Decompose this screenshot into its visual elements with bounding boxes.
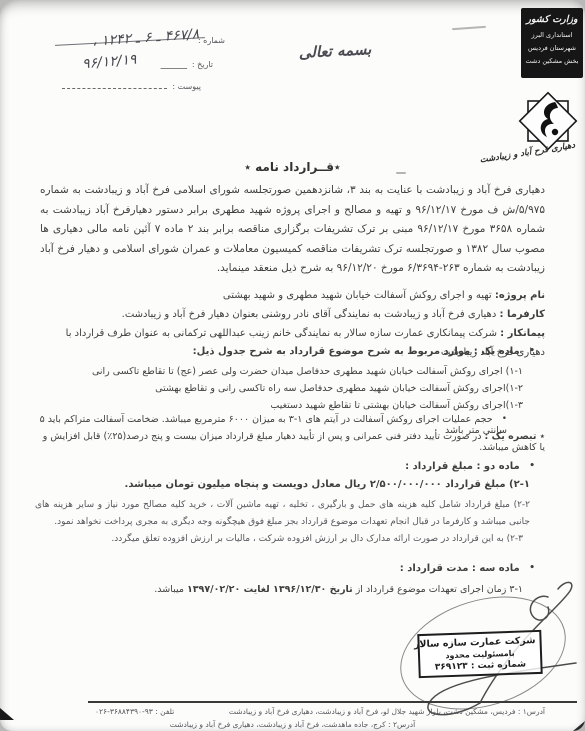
- page-corner-fold-right: [573, 721, 585, 731]
- article2-heading: ماده دو : مبلغ قرارداد :: [405, 461, 520, 472]
- attachment-label: پیوست :: [172, 82, 201, 91]
- article1-items: ۱-۱) اجرای روکش آسفالت خیابان شهید مطهری…: [43, 363, 523, 414]
- bullet-icon: •: [529, 346, 535, 356]
- bullet-icon: •: [502, 414, 507, 424]
- note1-label: ٭ تبصره یک :: [484, 431, 545, 442]
- registration-block: شماره : ۴۶۷/۸ ـ ۶ ـ ۱۲۴۲ ، تاریخ : ـــــ…: [35, 30, 225, 98]
- article1-heading-line: • ماده یک : موارد مربوط به شرح موضوع قرا…: [193, 346, 535, 357]
- article1-item-1: ۱-۱) اجرای روکش آسفالت خیابان شهید مطهری…: [43, 363, 523, 380]
- page-corner-fold-left: [0, 708, 14, 720]
- contractor-label: پیمانکار :: [500, 328, 545, 339]
- note1-text: در صورت تأیید دفتر فنی عمرانی و پس از تأ…: [43, 431, 545, 453]
- employer-text: دهیاری فرخ آباد و زیبادشت به نمایندگی آق…: [122, 309, 497, 320]
- ministry-stamp-line1: وزارت کشور: [524, 14, 580, 25]
- footer-phone: تلفن : ۹۳-۳۶۸۸۴۳۹۰-۰۲۶: [95, 705, 174, 718]
- contractor-stamp-line3: شماره ثبت : ۳۶۹۱۲۳: [424, 659, 536, 673]
- project-text: تهیه و اجرای روکش آسفالت خیابان شهید مطه…: [223, 290, 492, 301]
- article2-item3: ۲-۳) به این قرارداد در صورت ارائه مدارک …: [43, 531, 523, 548]
- employer-label: کارفرما :: [499, 309, 545, 320]
- article2-item2: ۲-۲) مبلغ قرارداد شامل کلیه هزینه های حم…: [35, 497, 530, 531]
- contractor-company-stamp: شرکت عمارت سازه سالار بامسئولیت محدود شم…: [417, 630, 542, 678]
- article3-item1-suffix: میباشد.: [154, 584, 184, 595]
- date-handwritten-value: ۹۶/۱۲/۱۹: [82, 52, 138, 73]
- article1-item-3: ۱-۳)اجرای روکش آسفالت خیابان بهشتی تا تق…: [43, 397, 523, 414]
- article3-heading: ماده سه : مدت قرارداد :: [400, 563, 520, 574]
- note1-line: ٭ تبصره یک : در صورت تأیید دفتر فنی عمرا…: [35, 431, 545, 453]
- article3-item1-dates: تاریخ ۱۳۹۶/۱۲/۳۰ لغایت ۱۳۹۷/۰۲/۲۰: [187, 584, 353, 595]
- footer-address1: آدرس۱ : فردیس، مشکین دشت، بلوار شهید جلا…: [229, 705, 545, 718]
- article2-heading-line: • ماده دو : مبلغ قرارداد :: [405, 461, 535, 472]
- scan-smudge: [452, 26, 486, 30]
- article1-item-2: ۱-۲)اجرای روکش آسفالت خیابان شهید مطهری …: [43, 380, 523, 397]
- contract-title: ٭قــرارداد نامه ٭: [0, 160, 585, 174]
- ministry-stamp: وزارت کشور استانداری البرز شهرستان فردیس…: [521, 8, 583, 78]
- article1-heading: ماده یک : موارد مربوط به شرح موضوع قرارد…: [193, 346, 520, 357]
- scanned-contract-document: بسمه تعالی شماره : ۴۶۷/۸ ـ ۶ ـ ۱۲۴۲ ، تا…: [0, 0, 585, 731]
- attachment-dash-line: [62, 88, 167, 89]
- ministry-stamp-line4: بخش مشکین دشت: [524, 57, 580, 65]
- bullet-icon: •: [529, 461, 535, 471]
- footer-line1: آدرس۱ : فردیس، مشکین دشت، بلوار شهید جلا…: [95, 705, 545, 718]
- project-label: نام پروژه:: [495, 290, 545, 301]
- ministry-stamp-line3: شهرستان فردیس: [524, 44, 580, 52]
- article2-item1: ۲-۱) مبلغ قرارداد ۲/۵۰۰/۰۰۰/۰۰۰ ریال معا…: [30, 479, 530, 490]
- intro-paragraph: دهیاری فرخ آباد و زیبادشت با عنایت به بن…: [40, 181, 545, 279]
- ministry-stamp-line2: استانداری البرز: [524, 31, 580, 39]
- article3-heading-line: • ماده سه : مدت قرارداد :: [400, 563, 535, 574]
- footer-divider: [88, 701, 577, 703]
- employer-line: کارفرما : دهیاری فرخ آباد و زیبادشت به ن…: [40, 305, 545, 324]
- footer-address2: آدرس۲ : کرج، جاده ماهدشت، فرخ آباد و زیب…: [150, 718, 435, 731]
- date-dash: ــــــــــ: [161, 62, 187, 72]
- bismillah-text: بسمه تعالی: [285, 39, 386, 62]
- bullet-icon: •: [529, 563, 535, 573]
- project-line: نام پروژه: تهیه و اجرای روکش آسفالت خیاب…: [40, 286, 545, 305]
- date-label: تاریخ :: [192, 60, 213, 69]
